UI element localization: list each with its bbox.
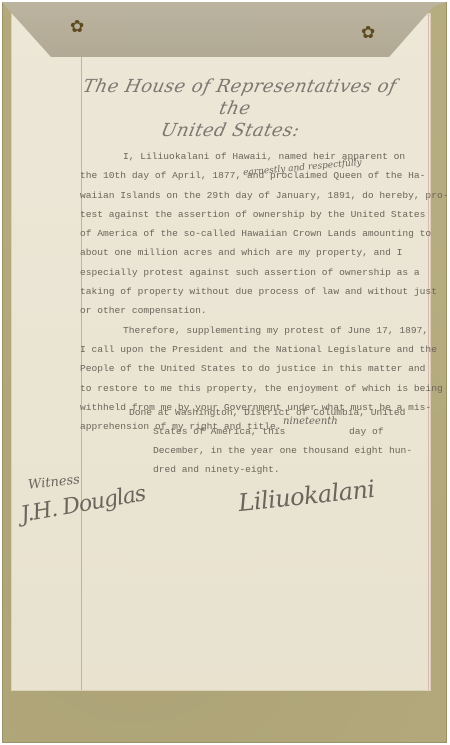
text-line: taking of property without due process o…	[80, 282, 410, 301]
top-mount-flap	[2, 2, 447, 57]
text-line: People of the United States to do justic…	[80, 359, 410, 378]
heading-line-1: The House of Representatives of the	[68, 76, 407, 120]
text-line: about one million acres and which are my…	[80, 243, 410, 262]
document-heading: The House of Representatives of the Unit…	[63, 76, 407, 142]
text-line: to restore to me this property, the enjo…	[80, 379, 410, 398]
rosette-fastener-icon: ✿	[361, 26, 375, 40]
handwritten-day: nineteenth	[283, 416, 338, 427]
closing-line: day of	[349, 422, 384, 441]
rosette-fastener-icon: ✿	[70, 20, 84, 34]
closing-line: dred and ninety-eight.	[153, 460, 280, 479]
text-line: especially protest against such assertio…	[80, 263, 410, 282]
closing-line: December, in the year one thousand eight…	[153, 441, 412, 460]
text-line: test against the assertion of ownership …	[80, 205, 410, 224]
heading-line-2: United States:	[63, 120, 398, 142]
text-line: I call upon the President and the Nation…	[80, 340, 410, 359]
text-line: or other compensation.	[80, 301, 410, 320]
closing-line: Done at Washington, District of Columbia…	[129, 403, 405, 422]
text-line: waiian Islands on the 29th day of Januar…	[80, 186, 410, 205]
text-line: Therefore, supplementing my protest of J…	[80, 321, 410, 340]
closing-line: States of America, this	[153, 422, 285, 441]
text-line: of America of the so-called Hawaiian Cro…	[80, 224, 410, 243]
protest-body: I, Liliuokalani of Hawaii, named heir ap…	[80, 147, 410, 436]
